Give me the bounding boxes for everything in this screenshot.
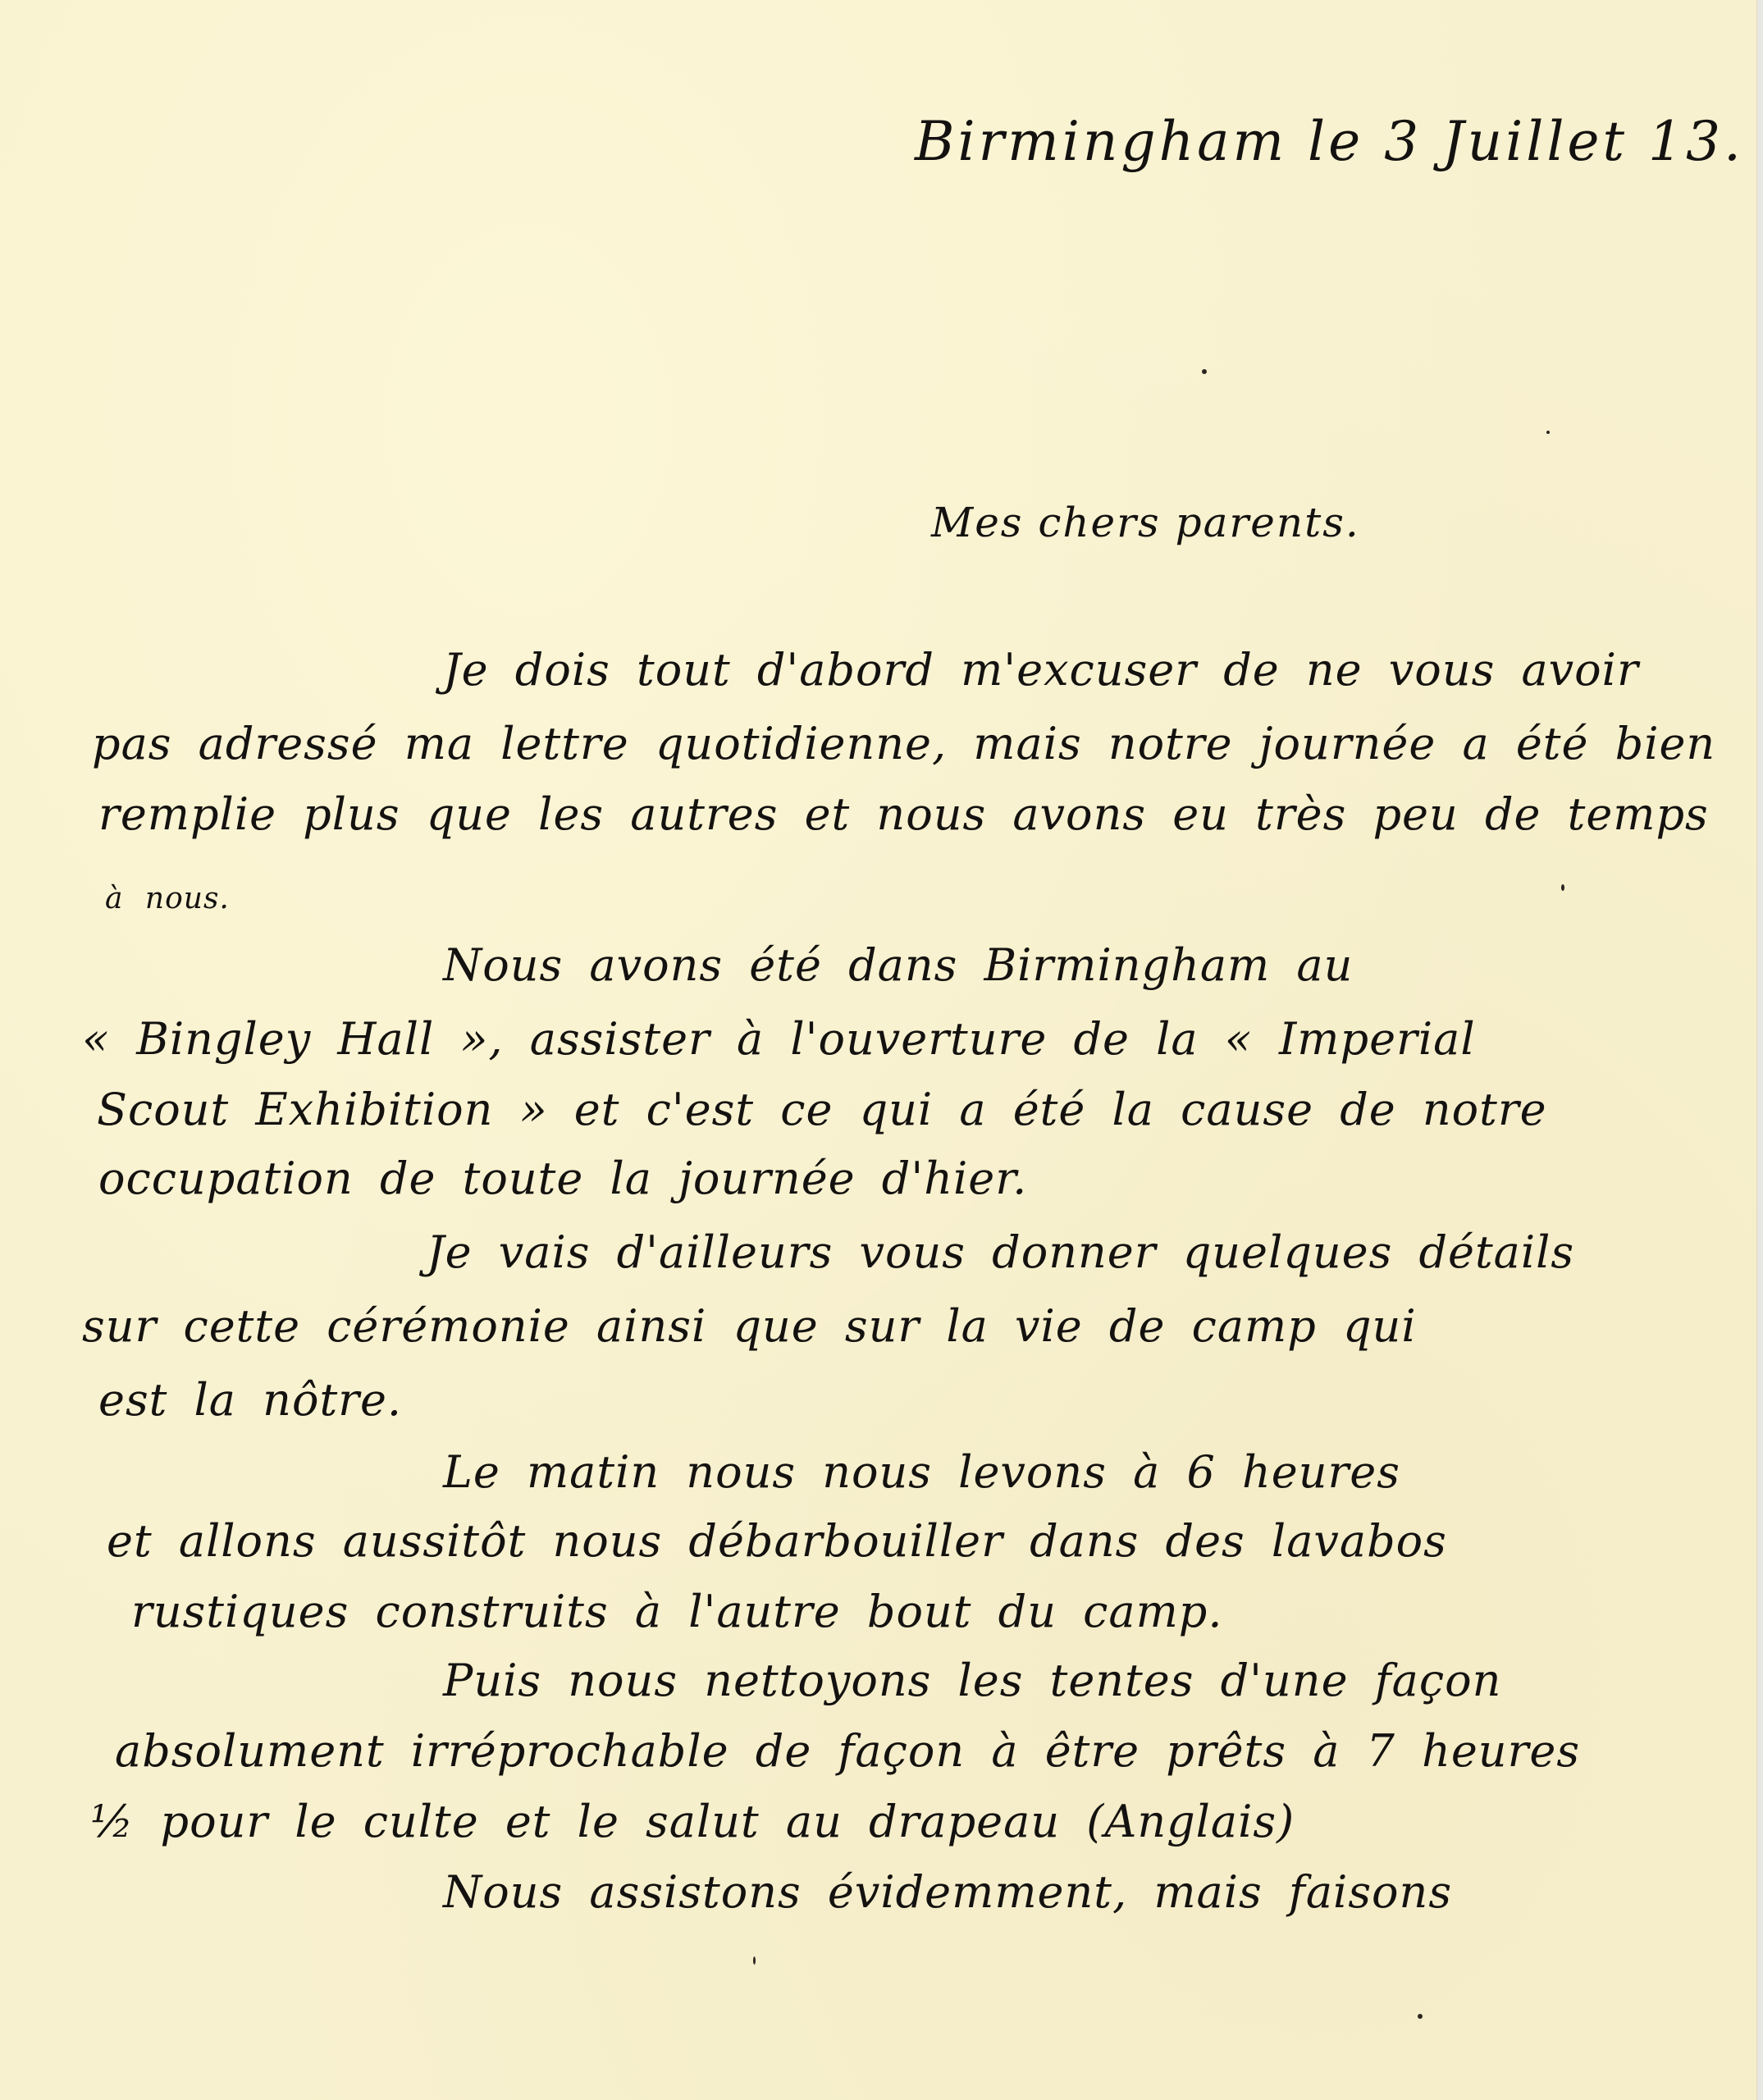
- letter-line-6: « Bingley Hall », assister à l'ouverture…: [82, 1017, 1476, 1061]
- letter-line-14: rustiques construits à l'autre bout du c…: [131, 1590, 1223, 1634]
- ink-speck: [1561, 884, 1564, 891]
- letter-line-13: et allons aussitôt nous débarbouiller da…: [107, 1519, 1447, 1564]
- letter-line-16: absolument irréprochable de façon à être…: [115, 1729, 1580, 1774]
- letter-line-7: Scout Exhibition » et c'est ce qui a été…: [97, 1088, 1547, 1132]
- ink-speck: [1418, 2014, 1423, 2019]
- letter-line-18: Nous assistons évidemment, mais faisons: [443, 1870, 1452, 1915]
- place-date-heading: Birmingham le 3 Juillet 13.: [915, 115, 1744, 169]
- scan-edge: [1756, 0, 1763, 2100]
- letter-line-17: ½ pour le culte et le salut au drapeau (…: [90, 1800, 1295, 1844]
- letter-line-15: Puis nous nettoyons les tentes d'une faç…: [443, 1659, 1501, 1703]
- letter-line-5: Nous avons été dans Birmingham au: [443, 943, 1353, 988]
- letter-line-3: remplie plus que les autres et nous avon…: [98, 792, 1709, 837]
- ink-speck: [753, 1956, 756, 1965]
- letter-line-9: Je vais d'ailleurs vous donner quelques …: [427, 1230, 1574, 1275]
- ink-speck: [1202, 369, 1207, 374]
- letter-line-11: est la nôtre.: [98, 1378, 402, 1422]
- ink-speck: [1546, 431, 1550, 434]
- letter-line-10: sur cette cérémonie ainsi que sur la vie…: [82, 1304, 1417, 1349]
- letter-line-12: Le matin nous nous levons à 6 heures: [443, 1450, 1400, 1495]
- salutation: Mes chers parents.: [931, 502, 1360, 543]
- letter-line-2: pas adressé ma lettre quotidienne, mais …: [92, 722, 1715, 766]
- letter-line-4: à nous.: [105, 884, 230, 914]
- letter-page: Birmingham le 3 Juillet 13. Mes chers pa…: [0, 0, 1757, 2100]
- letter-line-1: Je dois tout d'abord m'excuser de ne vou…: [443, 648, 1639, 692]
- letter-line-8: occupation de toute la journée d'hier.: [98, 1157, 1027, 1201]
